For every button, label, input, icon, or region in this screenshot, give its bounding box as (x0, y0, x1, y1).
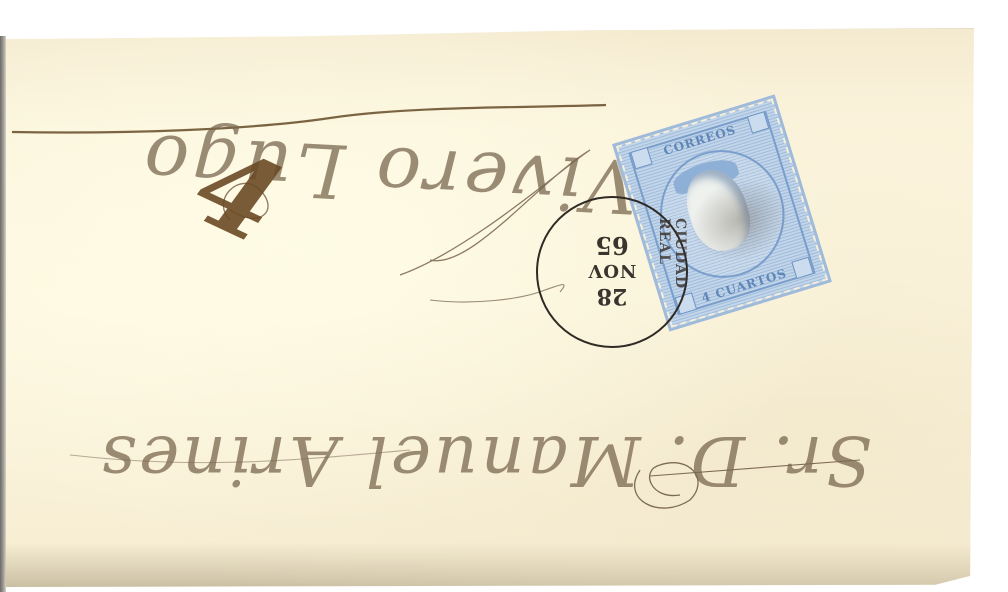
postmark-month: NOV (538, 258, 686, 283)
date-postmark: CIUDAD REAL 28 NOV 65 (536, 196, 688, 348)
postmark-year: 65 (538, 233, 686, 258)
scan-edge-shadow (0, 36, 6, 592)
addressee-handwriting: Sr. D. Manuel Arines (70, 420, 900, 499)
envelope-paper (6, 28, 974, 587)
postmark-date: 28 NOV 65 (538, 233, 686, 308)
scanned-envelope-image: Vivero Lugo Sr. D. Manuel Arines 4 CORRE… (0, 0, 1008, 592)
postmark-day: 28 (538, 283, 686, 308)
